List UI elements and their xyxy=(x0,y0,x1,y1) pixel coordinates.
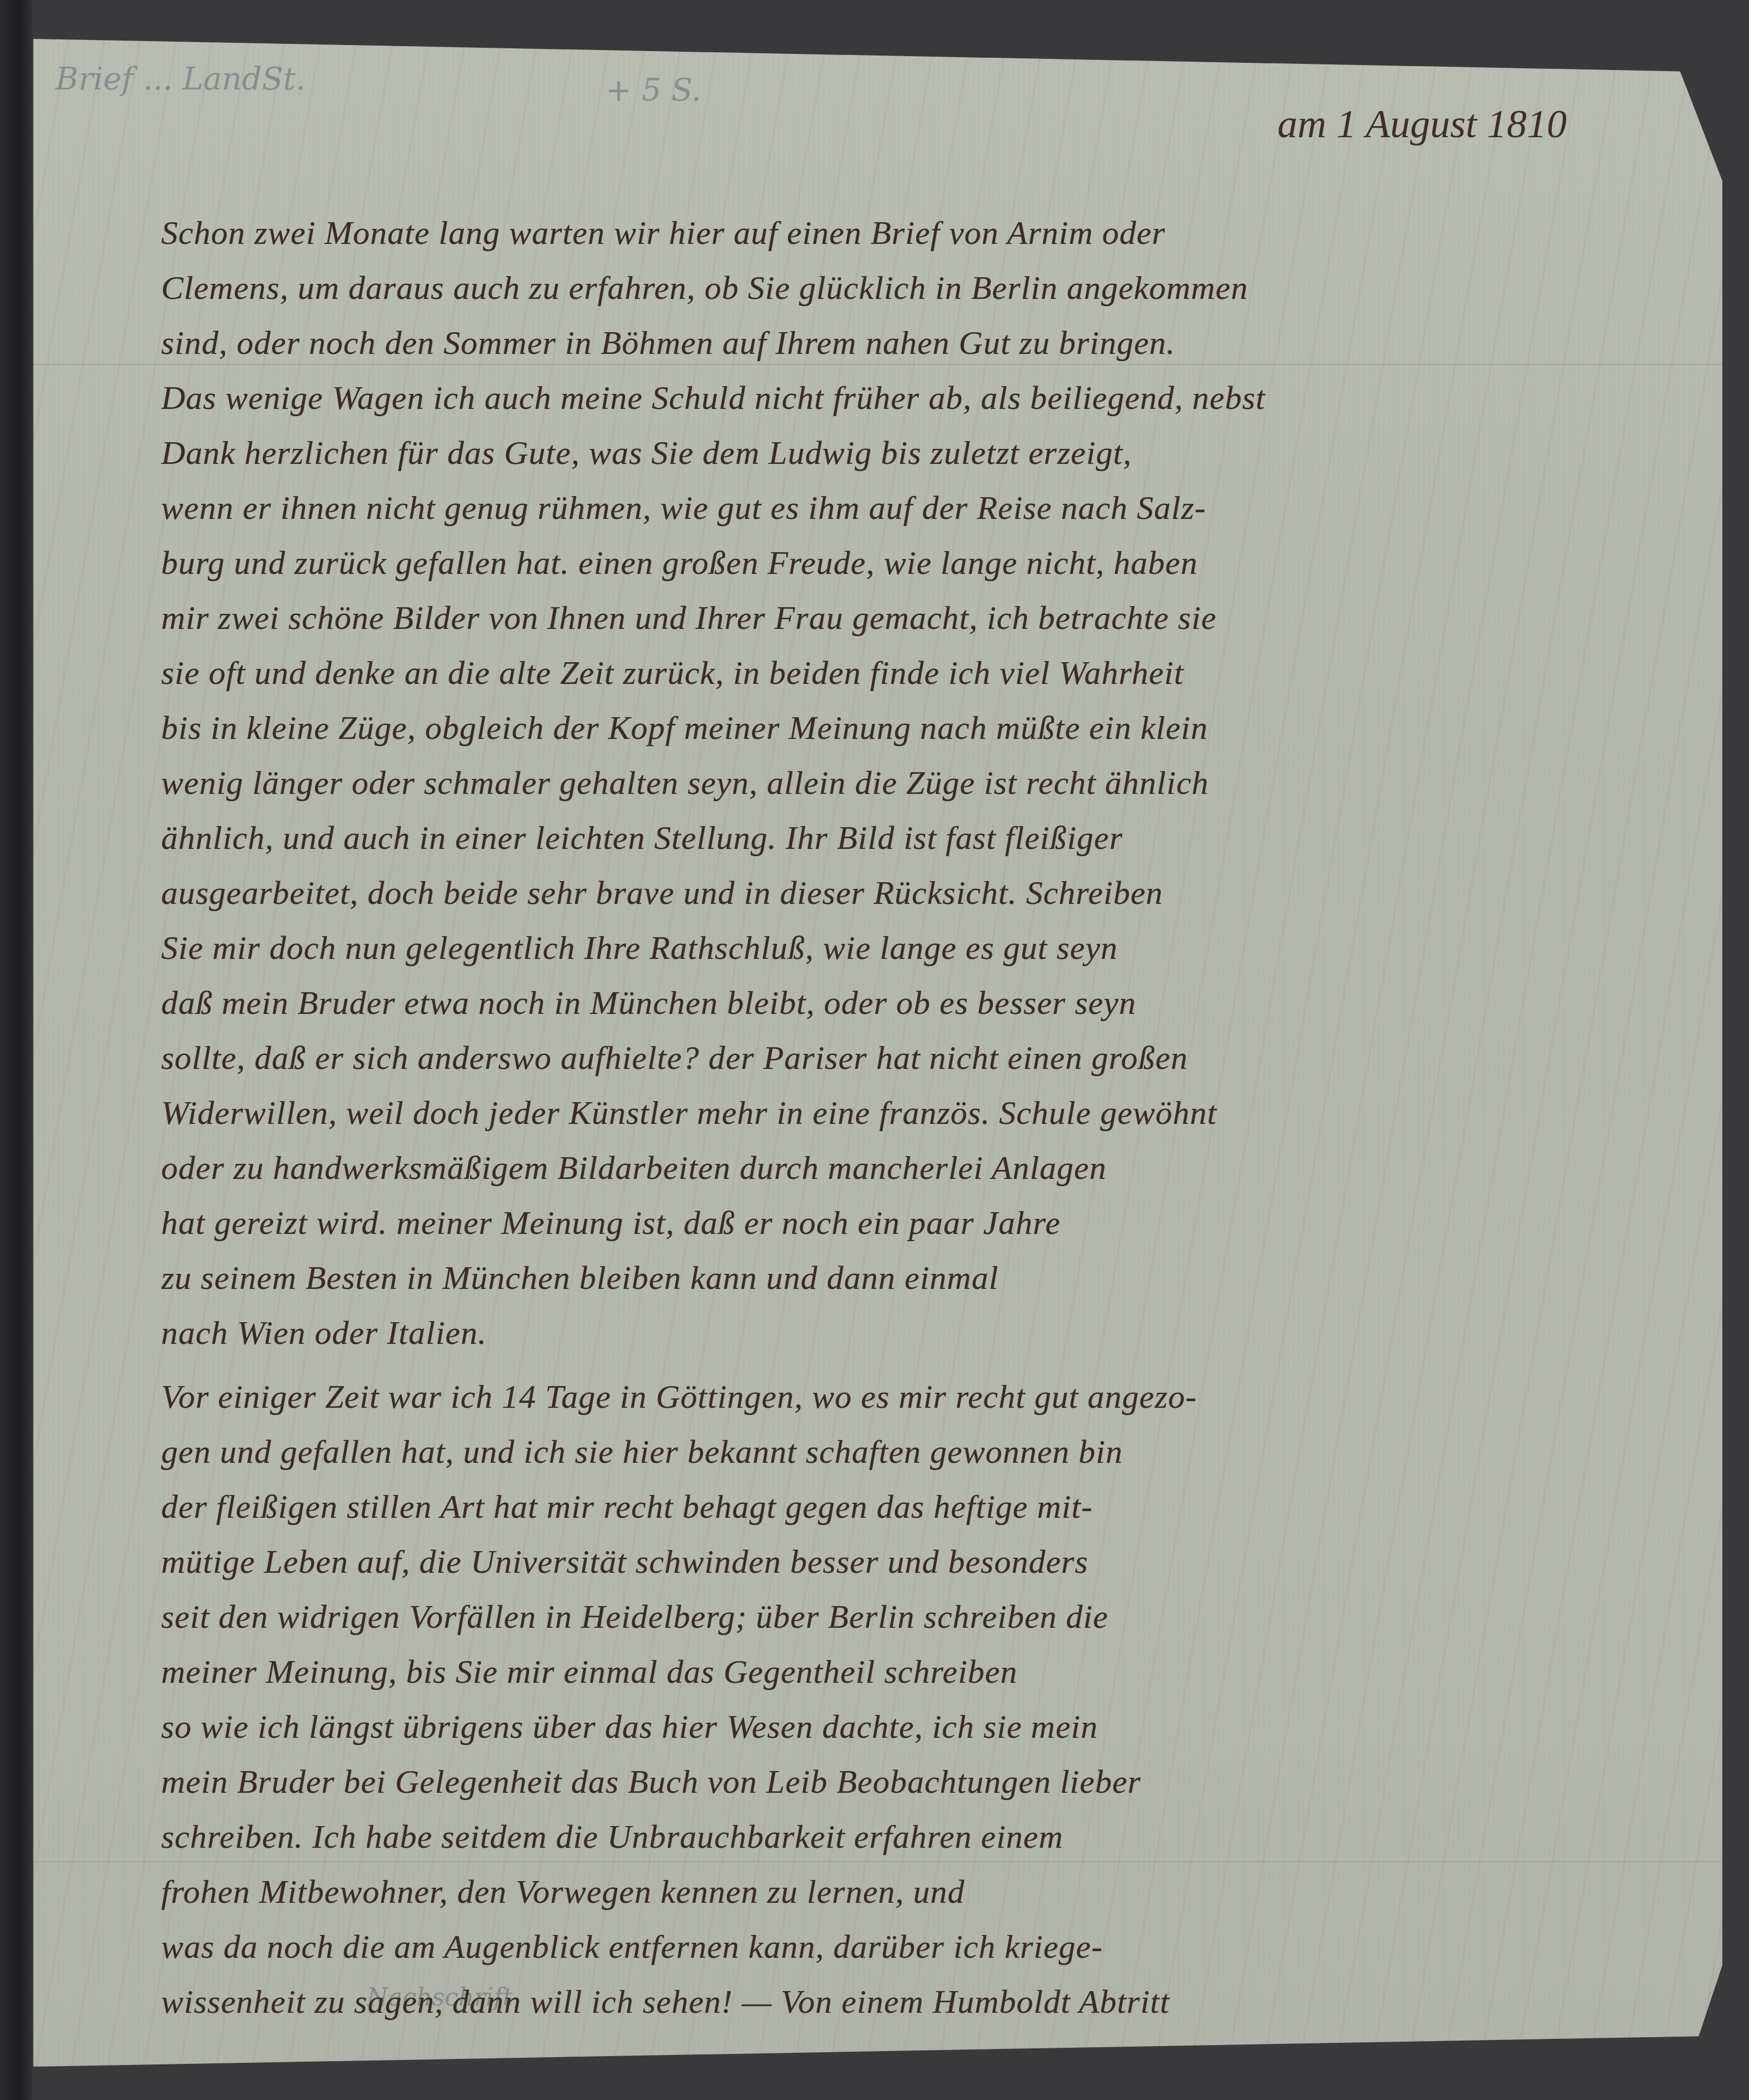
margin-note-pencil: Brief ... LandSt. xyxy=(56,61,306,97)
text-line: Das wenige Wagen ich auch meine Schuld n… xyxy=(161,371,1683,426)
text-line: sind, oder noch den Sommer in Böhmen auf… xyxy=(161,316,1683,371)
text-line: Widerwillen, weil doch jeder Künstler me… xyxy=(161,1086,1683,1141)
text-line: zu seinem Besten in München bleiben kann… xyxy=(161,1251,1683,1306)
text-line: was da noch die am Augenblick entfernen … xyxy=(161,1919,1683,1974)
text-line: so wie ich längst übrigens über das hier… xyxy=(161,1699,1683,1754)
text-line: wenn er ihnen nicht genug rühmen, wie gu… xyxy=(161,481,1683,536)
text-line: sollte, daß er sich anderswo aufhielte? … xyxy=(161,1031,1683,1086)
text-line: burg und zurück gefallen hat. einen groß… xyxy=(161,536,1683,591)
text-line: wissenheit zu sagen, dann will ich sehen… xyxy=(161,1974,1683,2029)
letter-page: Brief ... LandSt. + 5 S. Nachschrift am … xyxy=(33,39,1722,2067)
text-line: ausgearbeitet, doch beide sehr brave und… xyxy=(161,866,1683,921)
text-line: mir zwei schöne Bilder von Ihnen und Ihr… xyxy=(161,591,1683,646)
text-line: hat gereizt wird. meiner Meinung ist, da… xyxy=(161,1196,1683,1251)
text-line: frohen Mitbewohner, den Vorwegen kennen … xyxy=(161,1864,1683,1919)
text-line: ähnlich, und auch in einer leichten Stel… xyxy=(161,811,1683,866)
letter-body: Schon zwei Monate lang warten wir hier a… xyxy=(161,206,1683,2029)
text-line: Clemens, um daraus auch zu erfahren, ob … xyxy=(161,261,1683,316)
text-line: Dank herzlichen für das Gute, was Sie de… xyxy=(161,426,1683,481)
text-line: mein Bruder bei Gelegenheit das Buch von… xyxy=(161,1754,1683,1809)
text-line: daß mein Bruder etwa noch in München ble… xyxy=(161,976,1683,1031)
text-line: der fleißigen stillen Art hat mir recht … xyxy=(161,1479,1683,1534)
text-line: schreiben. Ich habe seitdem die Unbrauch… xyxy=(161,1809,1683,1864)
text-line: Vor einiger Zeit war ich 14 Tage in Gött… xyxy=(161,1369,1683,1424)
text-line: nach Wien oder Italien. xyxy=(161,1306,1683,1361)
text-line: seit den widrigen Vorfällen in Heidelber… xyxy=(161,1589,1683,1644)
text-line: oder zu handwerksmäßigem Bildarbeiten du… xyxy=(161,1141,1683,1196)
text-line: mütige Leben auf, die Universität schwin… xyxy=(161,1534,1683,1589)
binding-spine xyxy=(0,0,32,2100)
text-line: Schon zwei Monate lang warten wir hier a… xyxy=(161,206,1683,261)
text-line: sie oft und denke an die alte Zeit zurüc… xyxy=(161,646,1683,701)
text-line: wenig länger oder schmaler gehalten seyn… xyxy=(161,756,1683,811)
text-line: gen und gefallen hat, und ich sie hier b… xyxy=(161,1424,1683,1479)
text-line: meiner Meinung, bis Sie mir einmal das G… xyxy=(161,1644,1683,1699)
margin-note-pencil-center: + 5 S. xyxy=(606,72,701,108)
letter-date: am 1 August 1810 xyxy=(1277,101,1567,147)
text-line: bis in kleine Züge, obgleich der Kopf me… xyxy=(161,701,1683,756)
text-line: Sie mir doch nun gelegentlich Ihre Raths… xyxy=(161,921,1683,976)
